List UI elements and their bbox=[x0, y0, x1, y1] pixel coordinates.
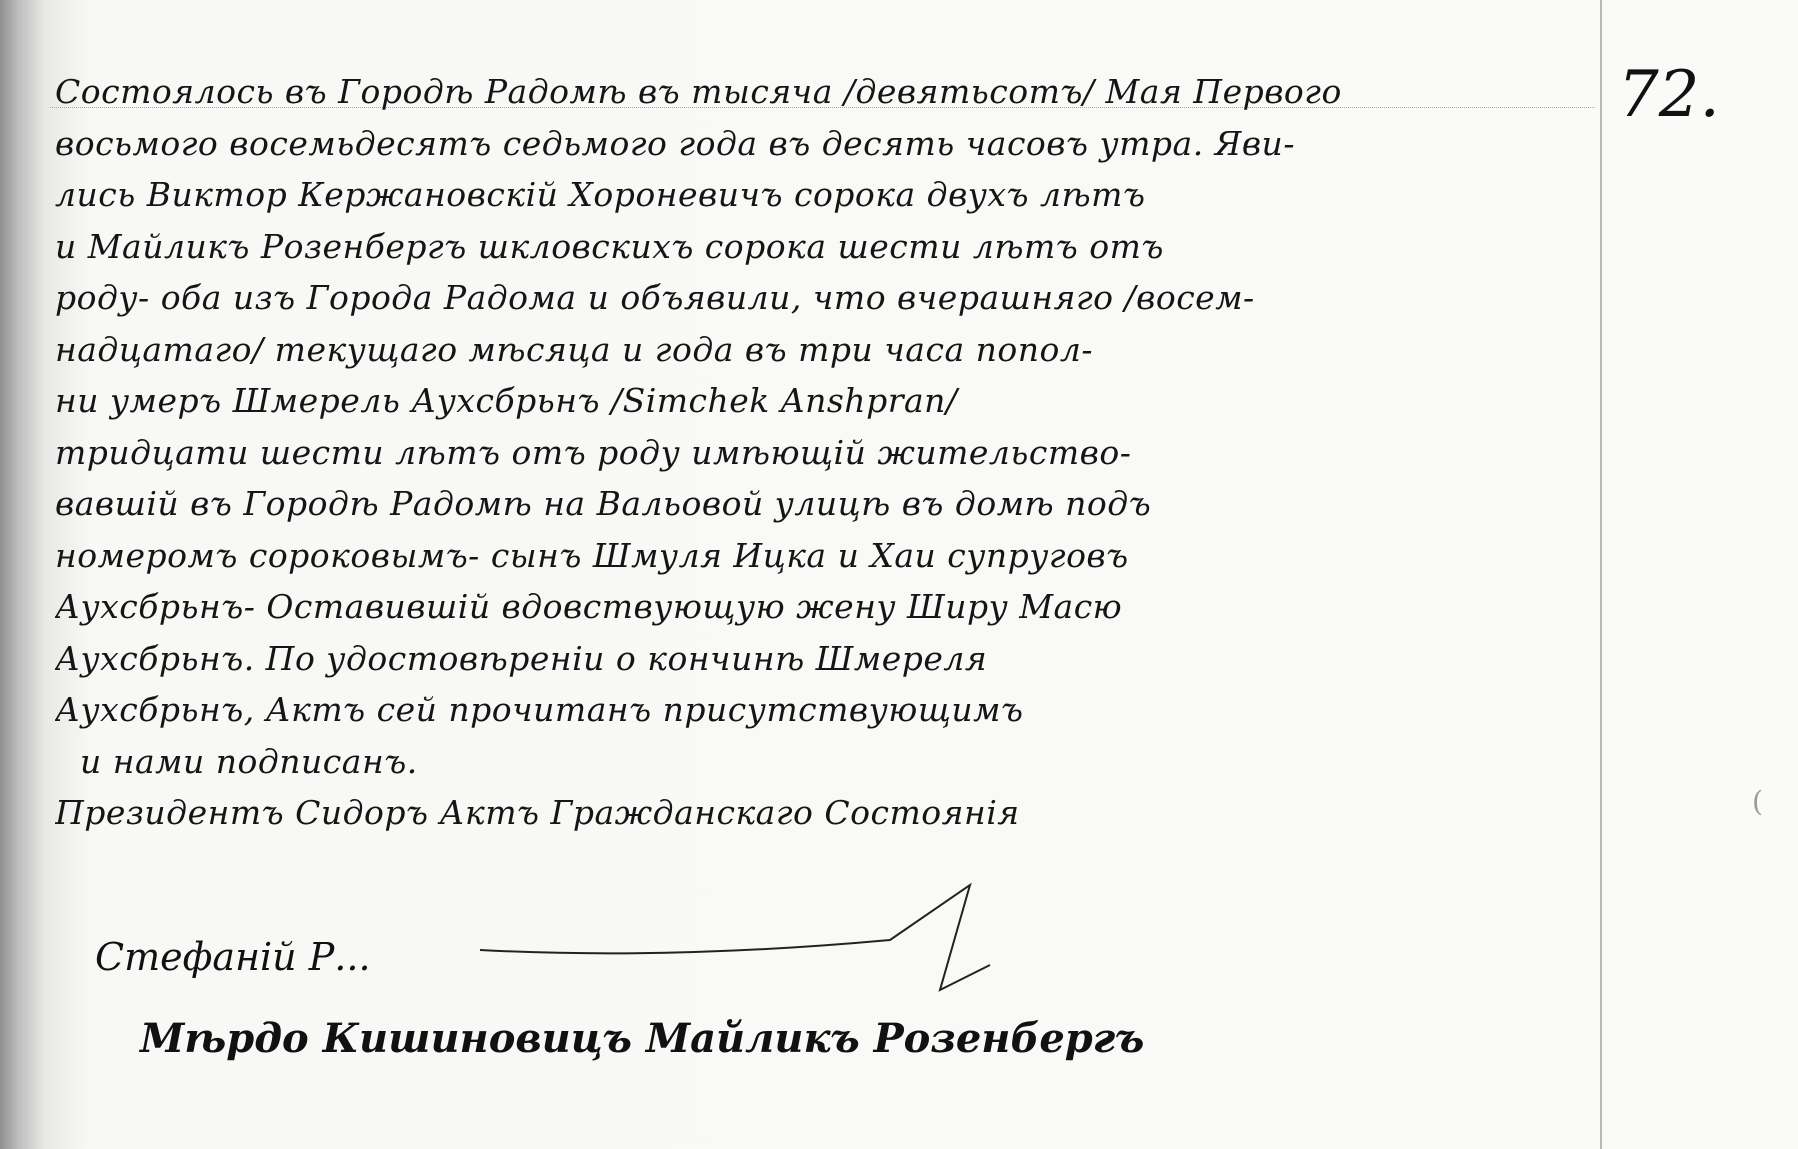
margin-rule bbox=[1600, 0, 1602, 1149]
official-title-line: Президентъ Сидоръ Актъ Гражданскаго Сост… bbox=[55, 787, 1595, 839]
witness-signature: Мѣрдо Кишиновицъ Майликъ Розенбергъ bbox=[140, 1015, 1144, 1062]
record-line: и нами подписанъ. bbox=[55, 736, 1595, 788]
record-line: Аухсбрьнъ- Оставившій вдовствующую жену … bbox=[55, 581, 1595, 633]
official-signature: Стефаній Р... bbox=[95, 935, 371, 979]
page-number: 72. bbox=[1618, 58, 1720, 132]
record-line: Аухсбрьнъ. По удостовѣреніи о кончинѣ Шм… bbox=[55, 633, 1595, 685]
record-line: номеромъ сороковымъ- сынъ Шмуля Ицка и Х… bbox=[55, 530, 1595, 582]
record-line: роду- оба изъ Города Радома и объявили, … bbox=[55, 272, 1595, 324]
edge-mark: ( bbox=[1752, 785, 1763, 818]
record-line: лись Виктор Кержановскій Хороневичъ соро… bbox=[55, 169, 1595, 221]
record-line: Состоялось въ Городѣ Радомѣ въ тысяча /д… bbox=[55, 66, 1595, 118]
record-line: надцатаго/ текущаго мѣсяца и года въ три… bbox=[55, 324, 1595, 376]
record-line: Аухсбрьнъ, Актъ сей прочитанъ присутству… bbox=[55, 684, 1595, 736]
record-line: тридцати шести лѣтъ отъ роду имѣющій жит… bbox=[55, 427, 1595, 479]
record-line: восьмого восемьдесятъ седьмого года въ д… bbox=[55, 118, 1595, 170]
record-line: ни умеръ Шмерель Аухсбрьнъ /Simchek Ansh… bbox=[55, 375, 1595, 427]
record-line: вавшій въ Городѣ Радомѣ на Вальовой улиц… bbox=[55, 478, 1595, 530]
record-line: и Майликъ Розенбергъ шкловскихъ сорока ш… bbox=[55, 221, 1595, 273]
record-body: Состоялось въ Городѣ Радомѣ въ тысяча /д… bbox=[55, 66, 1595, 839]
scanned-page: 72. Состоялось въ Городѣ Радомѣ въ тысяч… bbox=[0, 0, 1798, 1149]
signature-flourish-icon bbox=[470, 880, 1030, 1000]
